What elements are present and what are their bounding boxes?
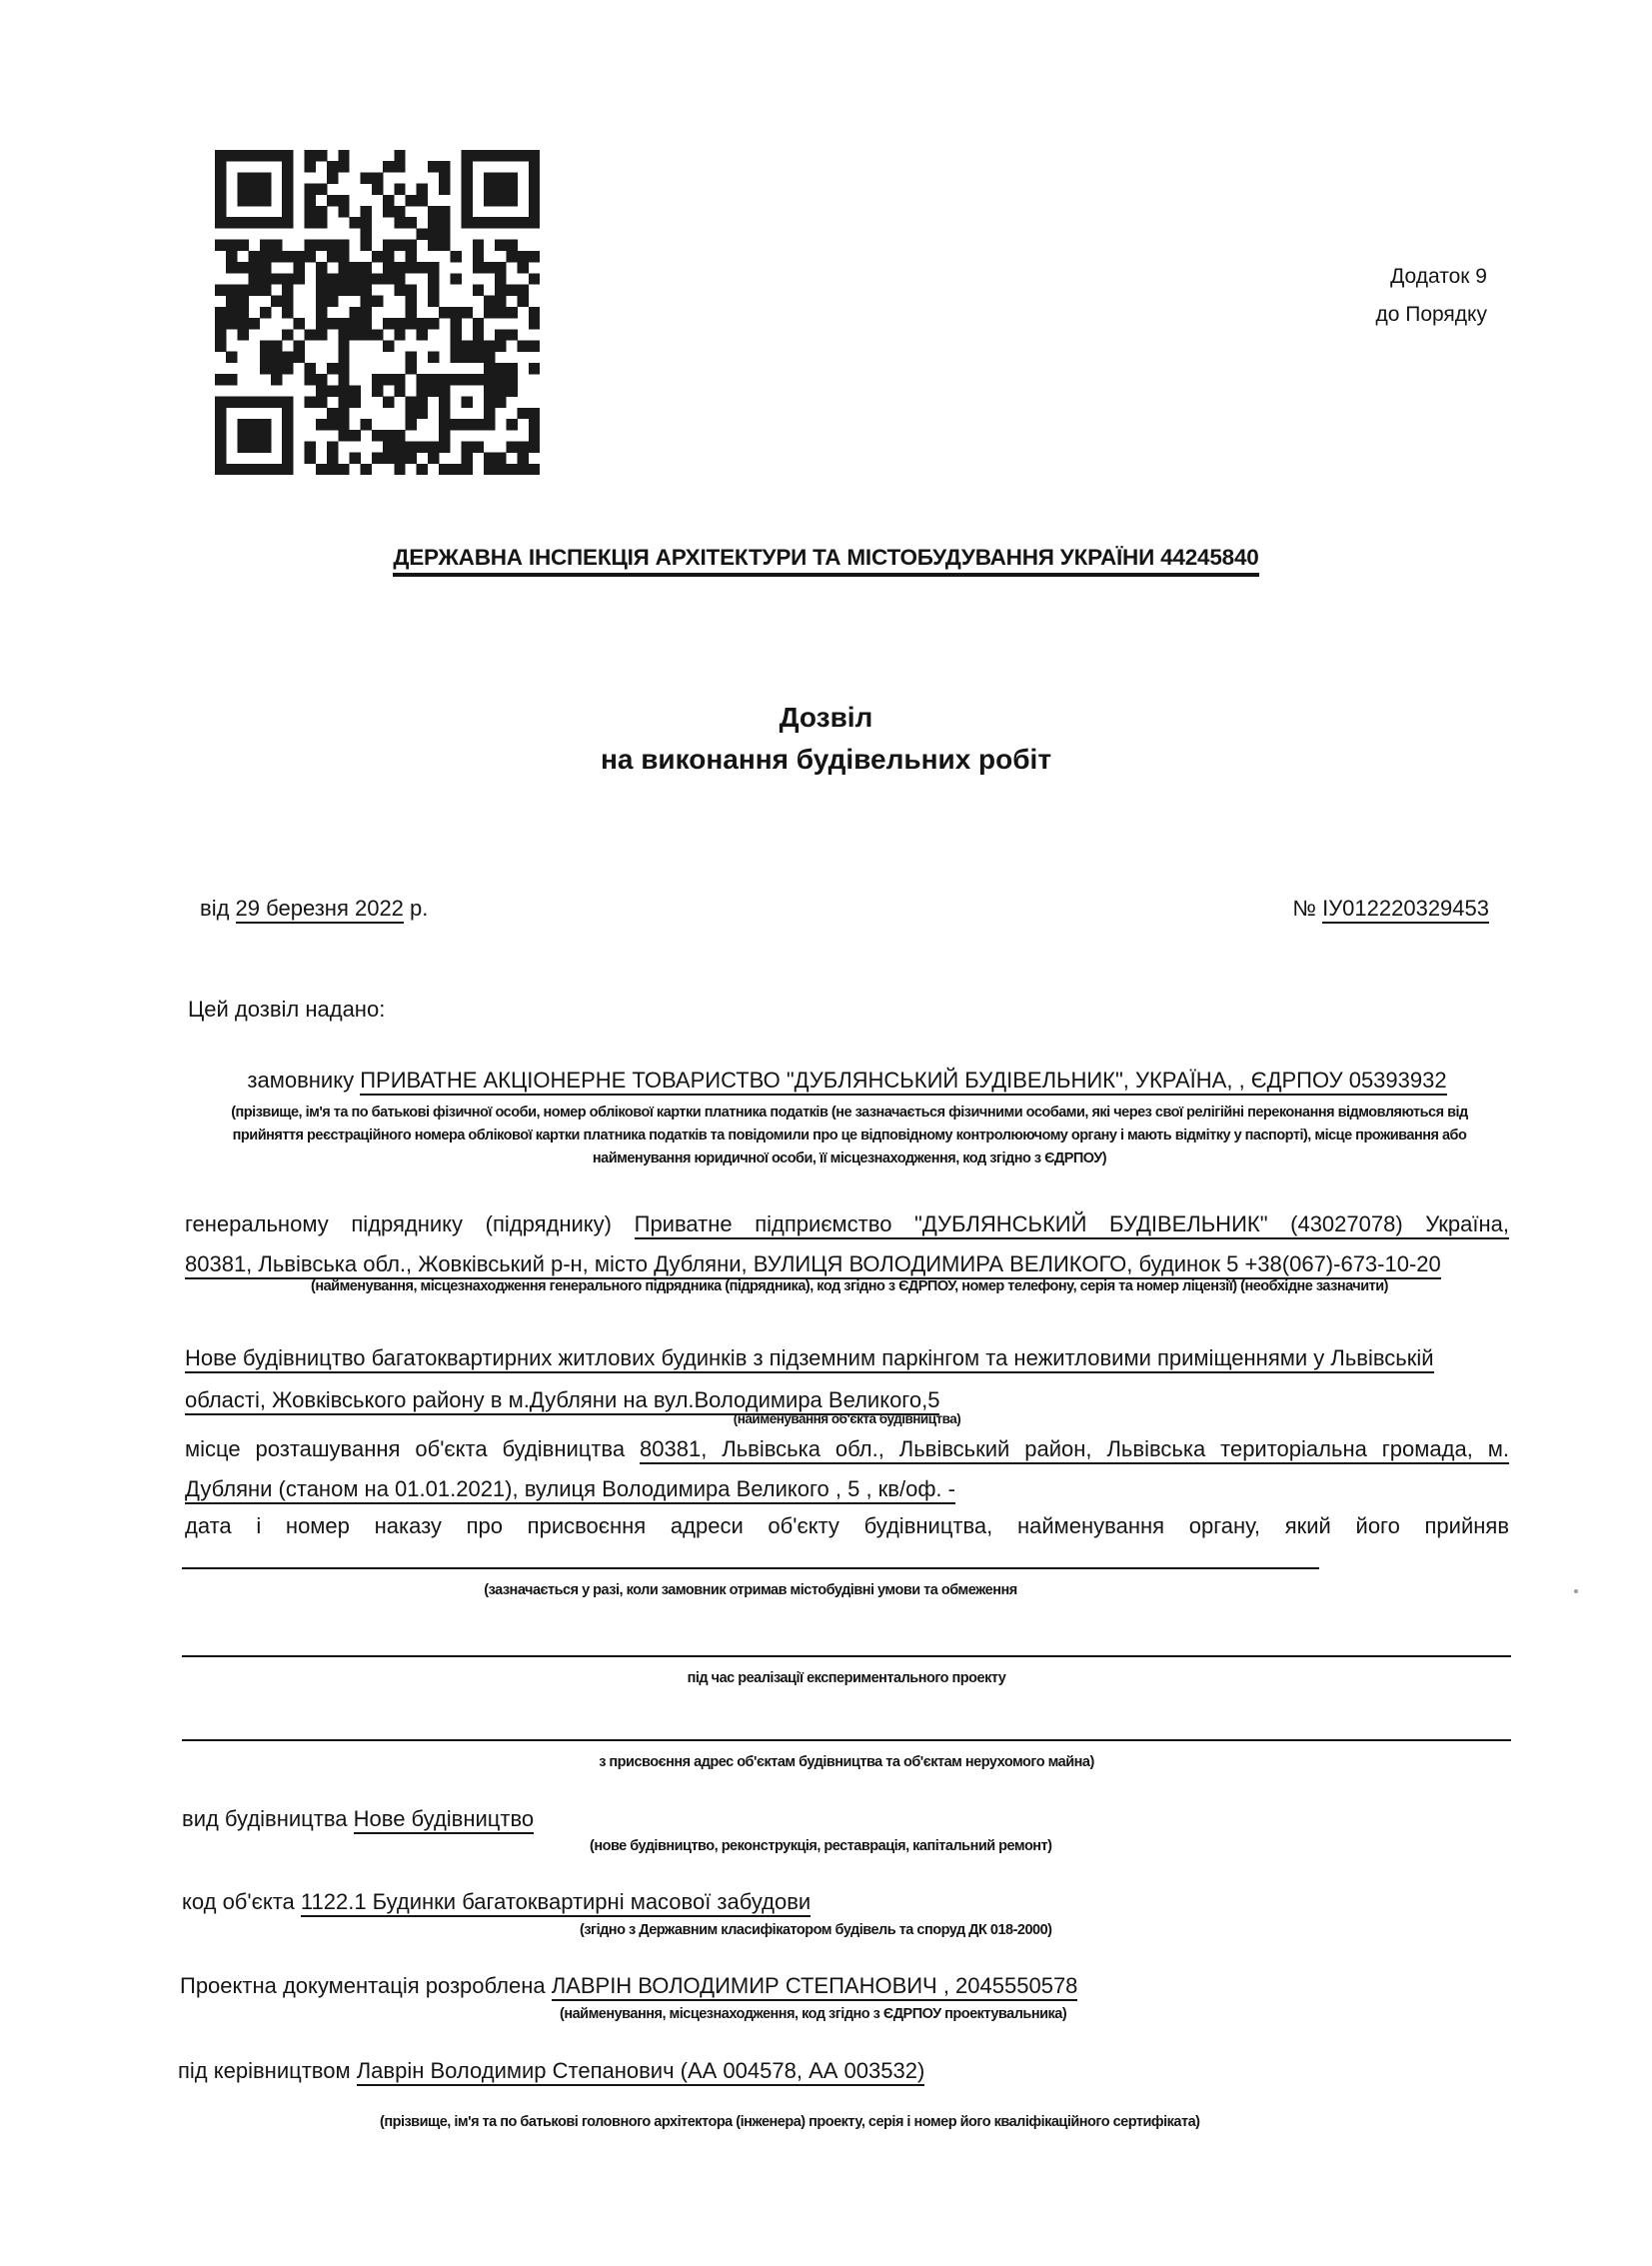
location-value-line2: Дубляни (станом на 01.01.2021), вулиця В… bbox=[185, 1476, 955, 1504]
design-field: Проектна документація розроблена ЛАВРІН … bbox=[180, 1971, 1077, 2001]
lead-architect-label: під керівництвом bbox=[178, 2058, 351, 2083]
annex-order: до Порядку bbox=[1375, 296, 1487, 334]
address-assignment-line bbox=[182, 1739, 1511, 1741]
issuing-authority-name: ДЕРЖАВНА ІНСПЕКЦІЯ АРХІТЕКТУРИ ТА МІСТОБ… bbox=[393, 545, 1258, 577]
construction-kind-field: вид будівництва Нове будівництво bbox=[182, 1804, 534, 1834]
annex-number: Додаток 9 bbox=[1375, 258, 1487, 296]
contractor-label: генеральному підряднику (підряднику) bbox=[185, 1211, 612, 1236]
scan-speck bbox=[1574, 1589, 1578, 1593]
construction-kind-hint: (нове будівництво, реконструкція, рестав… bbox=[590, 1835, 1052, 1858]
object-code-field: код об'єкта 1122.1 Будинки багатоквартир… bbox=[182, 1887, 811, 1917]
permit-number-prefix: № bbox=[1292, 896, 1316, 921]
permit-date: від 29 березня 2022 р. bbox=[200, 894, 428, 924]
granted-label: Цей дозвіл надано: bbox=[188, 995, 385, 1025]
object-code-value: 1122.1 Будинки багатоквартирні масової з… bbox=[301, 1889, 811, 1917]
permit-date-suffix: р. bbox=[410, 896, 428, 921]
qr-code-icon bbox=[215, 150, 540, 475]
customer-label: замовнику bbox=[247, 1068, 354, 1093]
customer-field: замовнику ПРИВАТНЕ АКЦІОНЕРНЕ ТОВАРИСТВО… bbox=[185, 1066, 1509, 1096]
annex-reference: Додаток 9 до Порядку bbox=[1375, 258, 1487, 334]
design-value: ЛАВРІН ВОЛОДИМИР СТЕПАНОВИЧ , 2045550578 bbox=[552, 1973, 1078, 2001]
object-code-hint: (згідно з Державним класифікатором будів… bbox=[580, 1919, 1052, 1942]
address-order-hint3: з присвоєння адрес об'єктам будівництва … bbox=[182, 1751, 1511, 1774]
address-order-hint1: (зазначається у разі, коли замовник отри… bbox=[182, 1579, 1319, 1602]
contractor-hint: (найменування, місцезнаходження генераль… bbox=[230, 1275, 1469, 1298]
permit-date-value: 29 березня 2022 bbox=[236, 896, 404, 924]
location-value-line1: 80381, Львівська обл., Львівський район,… bbox=[640, 1436, 1509, 1464]
construction-kind-label: вид будівництва bbox=[182, 1806, 348, 1831]
document-title-line1: Дозвіл bbox=[0, 697, 1652, 739]
customer-value: ПРИВАТНЕ АКЦІОНЕРНЕ ТОВАРИСТВО "ДУБЛЯНСЬ… bbox=[360, 1068, 1446, 1096]
issuing-authority: ДЕРЖАВНА ІНСПЕКЦІЯ АРХІТЕКТУРИ ТА МІСТОБ… bbox=[0, 545, 1652, 577]
design-hint: (найменування, місцезнаходження, код згі… bbox=[560, 2003, 1066, 2026]
lead-architect-value: Лаврін Володимир Степанович (АА 004578, … bbox=[357, 2058, 925, 2086]
document-title: Дозвіл на виконання будівельних робіт bbox=[0, 697, 1652, 781]
construction-kind-value: Нове будівництво bbox=[354, 1806, 535, 1834]
contractor-field: генеральному підряднику (підряднику) При… bbox=[185, 1204, 1509, 1284]
permit-date-prefix: від bbox=[200, 896, 229, 921]
contractor-value-line1: Приватне підприємство "ДУБЛЯНСЬКИЙ БУДІВ… bbox=[635, 1211, 1509, 1239]
address-order-label: дата і номер наказу про присвоєння адрес… bbox=[185, 1511, 1509, 1541]
permit-number: № ІУ012220329453 bbox=[1292, 894, 1489, 924]
customer-hint: (прізвище, ім'я та по батькові фізичної … bbox=[230, 1102, 1469, 1170]
address-order-value-line bbox=[182, 1567, 1319, 1569]
lead-architect-hint: (прізвище, ім'я та по батькові головного… bbox=[380, 2111, 1199, 2134]
address-order-hint2: під час реалізації експериментального пр… bbox=[182, 1667, 1511, 1690]
object-code-label: код об'єкта bbox=[182, 1889, 295, 1914]
location-label: місце розташування об'єкта будівництва bbox=[185, 1436, 625, 1461]
object-hint: (найменування об'єкта будівництва) bbox=[185, 1407, 1509, 1430]
experimental-project-line bbox=[182, 1655, 1511, 1657]
object-value-line1: Нове будівництво багатоквартирних житлов… bbox=[185, 1345, 1434, 1373]
permit-number-value: ІУ012220329453 bbox=[1322, 896, 1489, 924]
document-title-line2: на виконання будівельних робіт bbox=[0, 739, 1652, 781]
lead-architect-field: під керівництвом Лаврін Володимир Степан… bbox=[178, 2056, 924, 2086]
location-field: місце розташування об'єкта будівництва 8… bbox=[185, 1429, 1509, 1509]
design-label: Проектна документація розроблена bbox=[180, 1973, 546, 1998]
